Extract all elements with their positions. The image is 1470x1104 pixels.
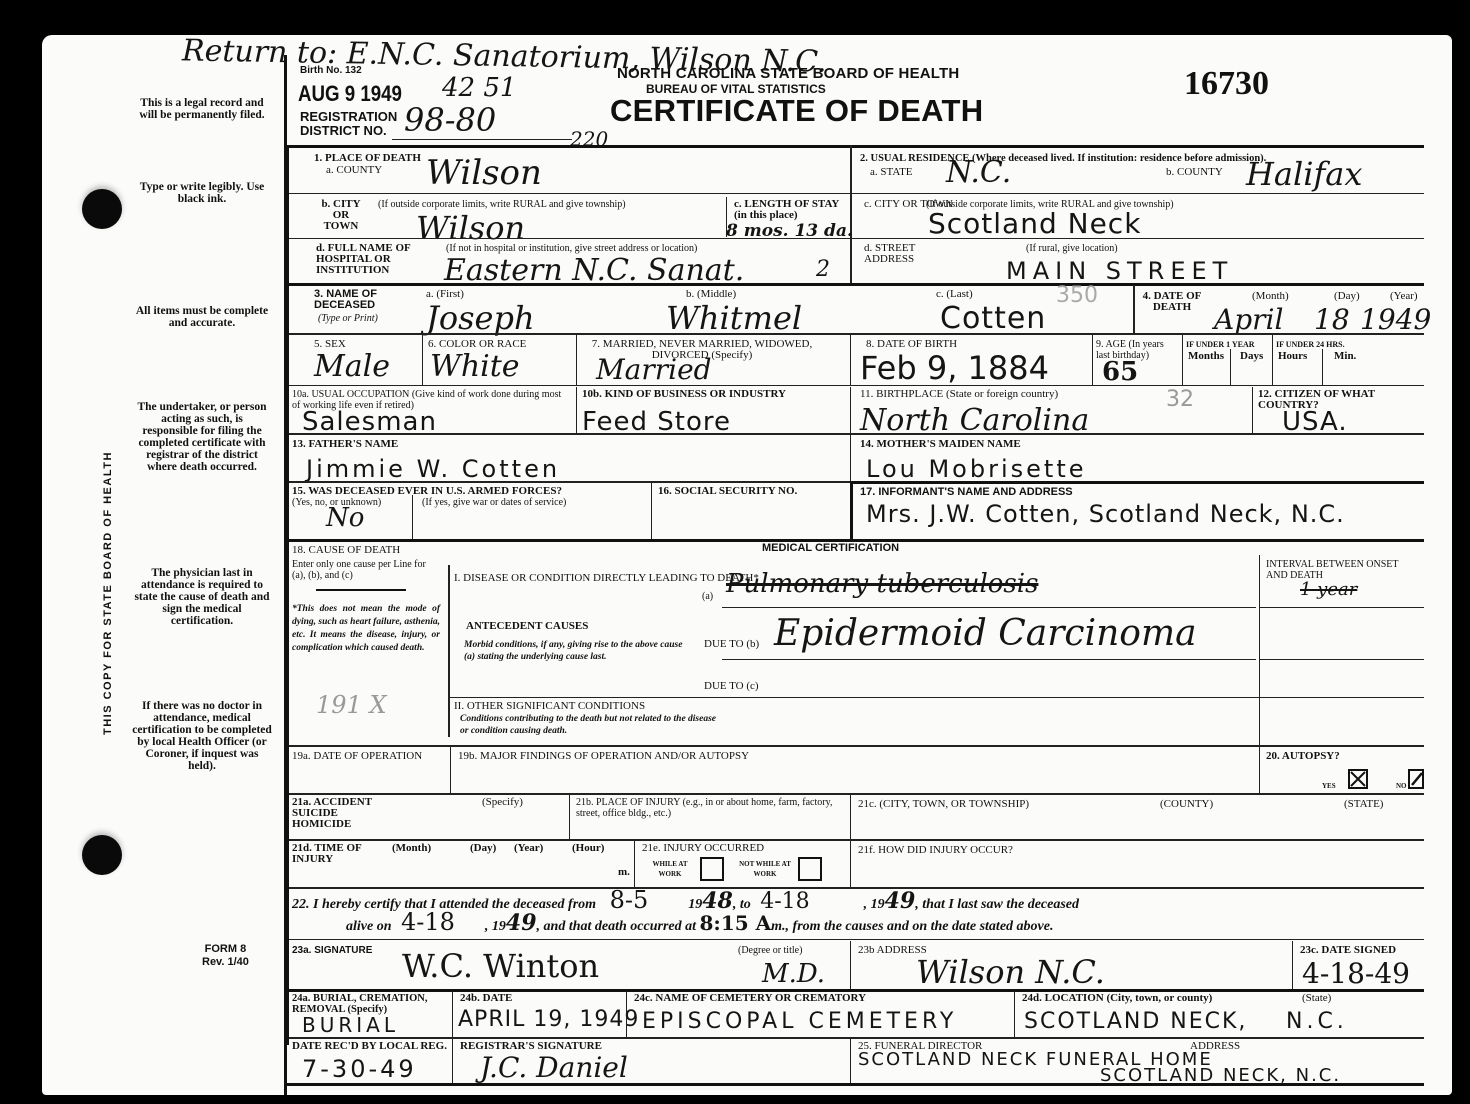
degree-label: (Degree or title) — [738, 945, 802, 956]
cause-hint-rule — [316, 589, 406, 591]
death-county-value: Wilson — [426, 153, 542, 193]
street-hint: (If rural, give location) — [1026, 243, 1118, 254]
burial-value: BURIAL — [302, 1013, 399, 1037]
findings-label: 19b. MAJOR FINDINGS OF OPERATION AND/OR … — [458, 751, 749, 762]
burial-date-value: APRIL 19, 1949 — [458, 1007, 639, 1032]
age-value: 65 — [1102, 357, 1138, 387]
death-date-label: 4. DATE OF DEATH — [1142, 291, 1202, 313]
death-occurred-text: , and that death occurred at — [537, 919, 696, 934]
certify-text-c: m., from the causes and on the date stat… — [771, 919, 1053, 934]
injury-place-label: 21b. PLACE OF INJURY (e.g., in or about … — [576, 797, 852, 819]
alive-on-date: 4-18 — [395, 908, 485, 936]
residence-city-value: Scotland Neck — [928, 207, 1141, 240]
residence-county-label: b. COUNTY — [1166, 167, 1223, 178]
note-complete-accurate: All items must be complete and accurate. — [132, 305, 272, 329]
days-label: Days — [1240, 351, 1263, 362]
certify-text-b: , that I last saw the deceased — [915, 897, 1079, 912]
autopsy-yes-checkbox[interactable] — [1348, 769, 1368, 789]
residence-state-value: N.C. — [946, 155, 1011, 190]
district-underline — [392, 139, 572, 140]
months-label: Months — [1188, 351, 1224, 362]
place-of-death-label: 1. PLACE OF DEATH — [314, 153, 421, 164]
last-name-note: 350 — [1056, 283, 1098, 308]
race-value: White — [430, 349, 520, 384]
agency-name: NORTH CAROLINA STATE BOARD OF HEALTH — [617, 65, 959, 82]
birthplace-label: 11. BIRTHPLACE (State or foreign country… — [860, 389, 1058, 400]
interval-label: INTERVAL BETWEEN ONSET AND DEATH — [1266, 559, 1416, 581]
form-number-text: FORM 8 — [202, 943, 249, 956]
form-grid: 1. PLACE OF DEATH a. COUNTY Wilson b. CI… — [286, 145, 1424, 1045]
business-label: 10b. KIND OF BUSINESS OR INDUSTRY — [582, 389, 846, 400]
punch-hole-bottom — [82, 835, 122, 875]
to-word: , to — [733, 897, 751, 912]
cause-footnote: *This does not mean the mode of dying, s… — [292, 603, 440, 655]
antecedent-hint: Morbid conditions, if any, giving rise t… — [464, 639, 690, 663]
death-county-label: a. COUNTY — [326, 165, 382, 176]
cemetery-value: EPISCOPAL CEMETERY — [642, 1009, 957, 1034]
due-to-b-label: DUE TO (b) — [704, 639, 759, 650]
while-at-work-label: WHILE AT WORK — [642, 859, 698, 879]
minutes-label: Min. — [1334, 351, 1356, 362]
under-24-hours-label: IF UNDER 24 HRS. — [1276, 339, 1345, 350]
birth-date-value: Feb 9, 1884 — [860, 349, 1049, 387]
certificate-page: This is a legal record and will be perma… — [42, 35, 1452, 1095]
not-while-at-work-checkbox[interactable] — [798, 857, 822, 881]
vertical-copy-label: THIS COPY FOR STATE BOARD OF HEALTH — [102, 451, 114, 735]
other-conditions-label: II. OTHER SIGNIFICANT CONDITIONS — [454, 701, 645, 712]
cause-line-b: Epidermoid Carcinoma — [774, 613, 1197, 654]
attended-from-date: 8-5 — [600, 886, 689, 914]
death-month-label: (Month) — [1252, 291, 1289, 302]
residence-state-label: a. STATE — [870, 167, 913, 178]
birthplace-note: 32 — [1166, 387, 1194, 412]
district-number: 98-80 — [404, 101, 496, 139]
length-of-stay-label: c. LENGTH OF STAY (in this place) — [734, 199, 844, 221]
accident-specify-label: (Specify) — [482, 797, 523, 808]
cemetery-label: 24c. NAME OF CEMETERY OR CREMATORY — [634, 993, 866, 1004]
middle-name-value: Whitmel — [666, 299, 802, 337]
mother-name-value: Lou Mobrisette — [866, 455, 1087, 483]
physician-address-value: Wilson N.C. — [916, 953, 1105, 991]
note-legal-record: This is a legal record and will be perma… — [132, 97, 272, 121]
note-undertaker: The undertaker, or person acting as such… — [132, 401, 272, 473]
autopsy-no-label: NO — [1396, 781, 1407, 792]
first-name-value: Joseph — [426, 299, 535, 337]
injury-year-label: (Year) — [514, 843, 543, 854]
autopsy-label: 20. AUTOPSY? — [1266, 751, 1340, 762]
injury-month-label: (Month) — [392, 843, 431, 854]
last-name-label: c. (Last) — [936, 289, 973, 300]
death-day-value: 18 — [1314, 303, 1350, 336]
injury-m-label: m. — [618, 867, 630, 878]
cause-of-death-label: 18. CAUSE OF DEATH — [292, 545, 400, 556]
note-write-legibly: Type or write legibly. Use black ink. — [132, 181, 272, 205]
death-year-label: (Year) — [1390, 291, 1418, 302]
interval-a-struck: 1 year — [1300, 579, 1357, 600]
father-name-value: Jimmie W. Cotten — [306, 455, 560, 483]
form-number: FORM 8 Rev. 1/40 — [202, 943, 249, 969]
birth-no-label: Birth No. 132 — [300, 65, 362, 76]
sex-value: Male — [314, 349, 390, 384]
death-day-label: (Day) — [1334, 291, 1360, 302]
degree-value: M.D. — [762, 959, 825, 989]
district-label: DISTRICT NO. — [300, 123, 387, 138]
how-injury-label: 21f. HOW DID INJURY OCCUR? — [858, 845, 1013, 856]
name-sub-label: (Type or Print) — [318, 313, 378, 324]
certify-line-2: alive on 4-18, 1949, and that death occu… — [346, 917, 1053, 932]
antecedent-label: ANTECEDENT CAUSES — [466, 621, 588, 632]
ssn-label: 16. SOCIAL SECURITY NO. — [658, 486, 797, 497]
note-physician: The physician last in attendance is requ… — [132, 567, 272, 627]
date-signed-value: 4-18-49 — [1302, 957, 1410, 990]
other-conditions-hint: Conditions contributing to the death but… — [460, 713, 720, 737]
injury-time-label: 21d. TIME OF INJURY — [292, 843, 362, 865]
stamp-suffix: 42 51 — [442, 73, 516, 103]
death-month-value: April — [1214, 303, 1283, 336]
alive-on-year: 49 — [506, 910, 537, 936]
armed-forces-hint-b: (If yes, give war or dates of service) — [422, 497, 566, 508]
registration-label: REGISTRATION — [300, 109, 397, 124]
informant-label: 17. INFORMANT'S NAME AND ADDRESS — [860, 486, 1073, 498]
not-while-at-work-label: NOT WHILE AT WORK — [732, 859, 798, 879]
injury-occurred-label: 21e. INJURY OCCURRED — [642, 843, 764, 854]
burial-label: 24a. BURIAL, CREMATION, REMOVAL (Specify… — [292, 993, 452, 1015]
name-label: 3. NAME OF DECEASED — [314, 289, 394, 311]
armed-forces-value: No — [326, 503, 364, 533]
note-no-doctor: If there was no doctor in attendance, me… — [132, 700, 272, 772]
hospital-label: d. FULL NAME OF HOSPITAL OR INSTITUTION — [316, 243, 446, 276]
operation-date-label: 19a. DATE OF OPERATION — [292, 751, 440, 762]
to-year-prefix: , 19 — [864, 897, 885, 912]
date-received-label: DATE REC'D BY LOCAL REG. — [292, 1041, 448, 1052]
registrar-signature: J.C. Daniel — [480, 1051, 628, 1084]
date-received-value: 7-30-49 — [302, 1055, 417, 1083]
cause-line-a-struck: Pulmonary tuberculosis — [726, 569, 1038, 599]
under-1-year-label: IF UNDER 1 YEAR — [1186, 339, 1255, 350]
residence-county-value: Halifax — [1246, 155, 1362, 193]
burial-date-label: 24b. DATE — [460, 993, 512, 1004]
death-time: 8:15 A — [700, 911, 772, 935]
due-to-c-label: DUE TO (c) — [704, 681, 759, 692]
alive-on-text: alive on — [346, 919, 392, 934]
injury-hour-label: (Hour) — [572, 843, 604, 854]
accident-label: 21a. ACCIDENT SUICIDE HOMICIDE — [292, 797, 392, 830]
autopsy-no-checkbox[interactable] — [1408, 769, 1424, 789]
while-at-work-checkbox[interactable] — [700, 857, 724, 881]
punch-hole-top — [82, 189, 122, 229]
cause-hint: Enter only one cause per Line for (a), (… — [292, 559, 440, 581]
marital-value: Married — [596, 353, 712, 386]
death-city-label: b. CITY OR TOWN — [316, 199, 366, 232]
hospital-extra: 2 — [816, 257, 830, 282]
received-stamp: AUG 9 1949 — [298, 81, 402, 107]
x-mark-icon — [1350, 771, 1366, 787]
location-label: 24d. LOCATION (City, town, or county) — [1022, 993, 1212, 1004]
check-mark-icon — [1410, 771, 1424, 787]
hours-label: Hours — [1278, 351, 1307, 362]
instructions-margin: This is a legal record and will be perma… — [42, 35, 286, 1095]
death-year-value: 1949 — [1360, 303, 1431, 336]
signature-label: 23a. SIGNATURE — [292, 945, 372, 956]
form-revision-text: Rev. 1/40 — [202, 956, 249, 969]
autopsy-yes-label: YES — [1322, 781, 1336, 792]
street-address-value: MAIN STREET — [1006, 257, 1233, 285]
from-year-prefix: 19 — [688, 897, 702, 912]
attended-to-year: 49 — [885, 888, 916, 914]
physician-signature: W.C. Winton — [402, 947, 599, 985]
location-value: SCOTLAND NECK, — [1024, 1009, 1247, 1034]
injury-day-label: (Day) — [470, 843, 496, 854]
injury-state-label: (STATE) — [1344, 799, 1383, 810]
margin-code: 191 X — [316, 691, 387, 719]
death-city-value: Wilson — [416, 209, 525, 247]
armed-forces-label: 15. WAS DECEASED EVER IN U.S. ARMED FORC… — [292, 486, 692, 497]
injury-city-label: 21c. (CITY, TOWN, OR TOWNSHIP) — [858, 799, 1029, 810]
location-state-value: N.C. — [1286, 1009, 1348, 1034]
informant-value: Mrs. J.W. Cotten, Scotland Neck, N.C. — [866, 500, 1345, 528]
disease-label: I. DISEASE OR CONDITION DIRECTLY LEADING… — [454, 573, 759, 584]
date-signed-label: 23c. DATE SIGNED — [1300, 945, 1396, 956]
mother-name-label: 14. MOTHER'S MAIDEN NAME — [860, 439, 1021, 450]
last-name-value: Cotten — [940, 301, 1046, 336]
medical-certification-title: MEDICAL CERTIFICATION — [762, 542, 899, 554]
father-name-label: 13. FATHER'S NAME — [292, 439, 398, 450]
injury-county-label: (COUNTY) — [1160, 799, 1213, 810]
alive-year-prefix: , 19 — [485, 919, 506, 934]
line-a-label: (a) — [702, 591, 713, 602]
certificate-title: CERTIFICATE OF DEATH — [610, 93, 983, 129]
street-address-label: d. STREET ADDRESS — [864, 243, 944, 265]
location-state-label: (State) — [1302, 993, 1331, 1004]
certificate-number: 16730 — [1184, 65, 1269, 103]
